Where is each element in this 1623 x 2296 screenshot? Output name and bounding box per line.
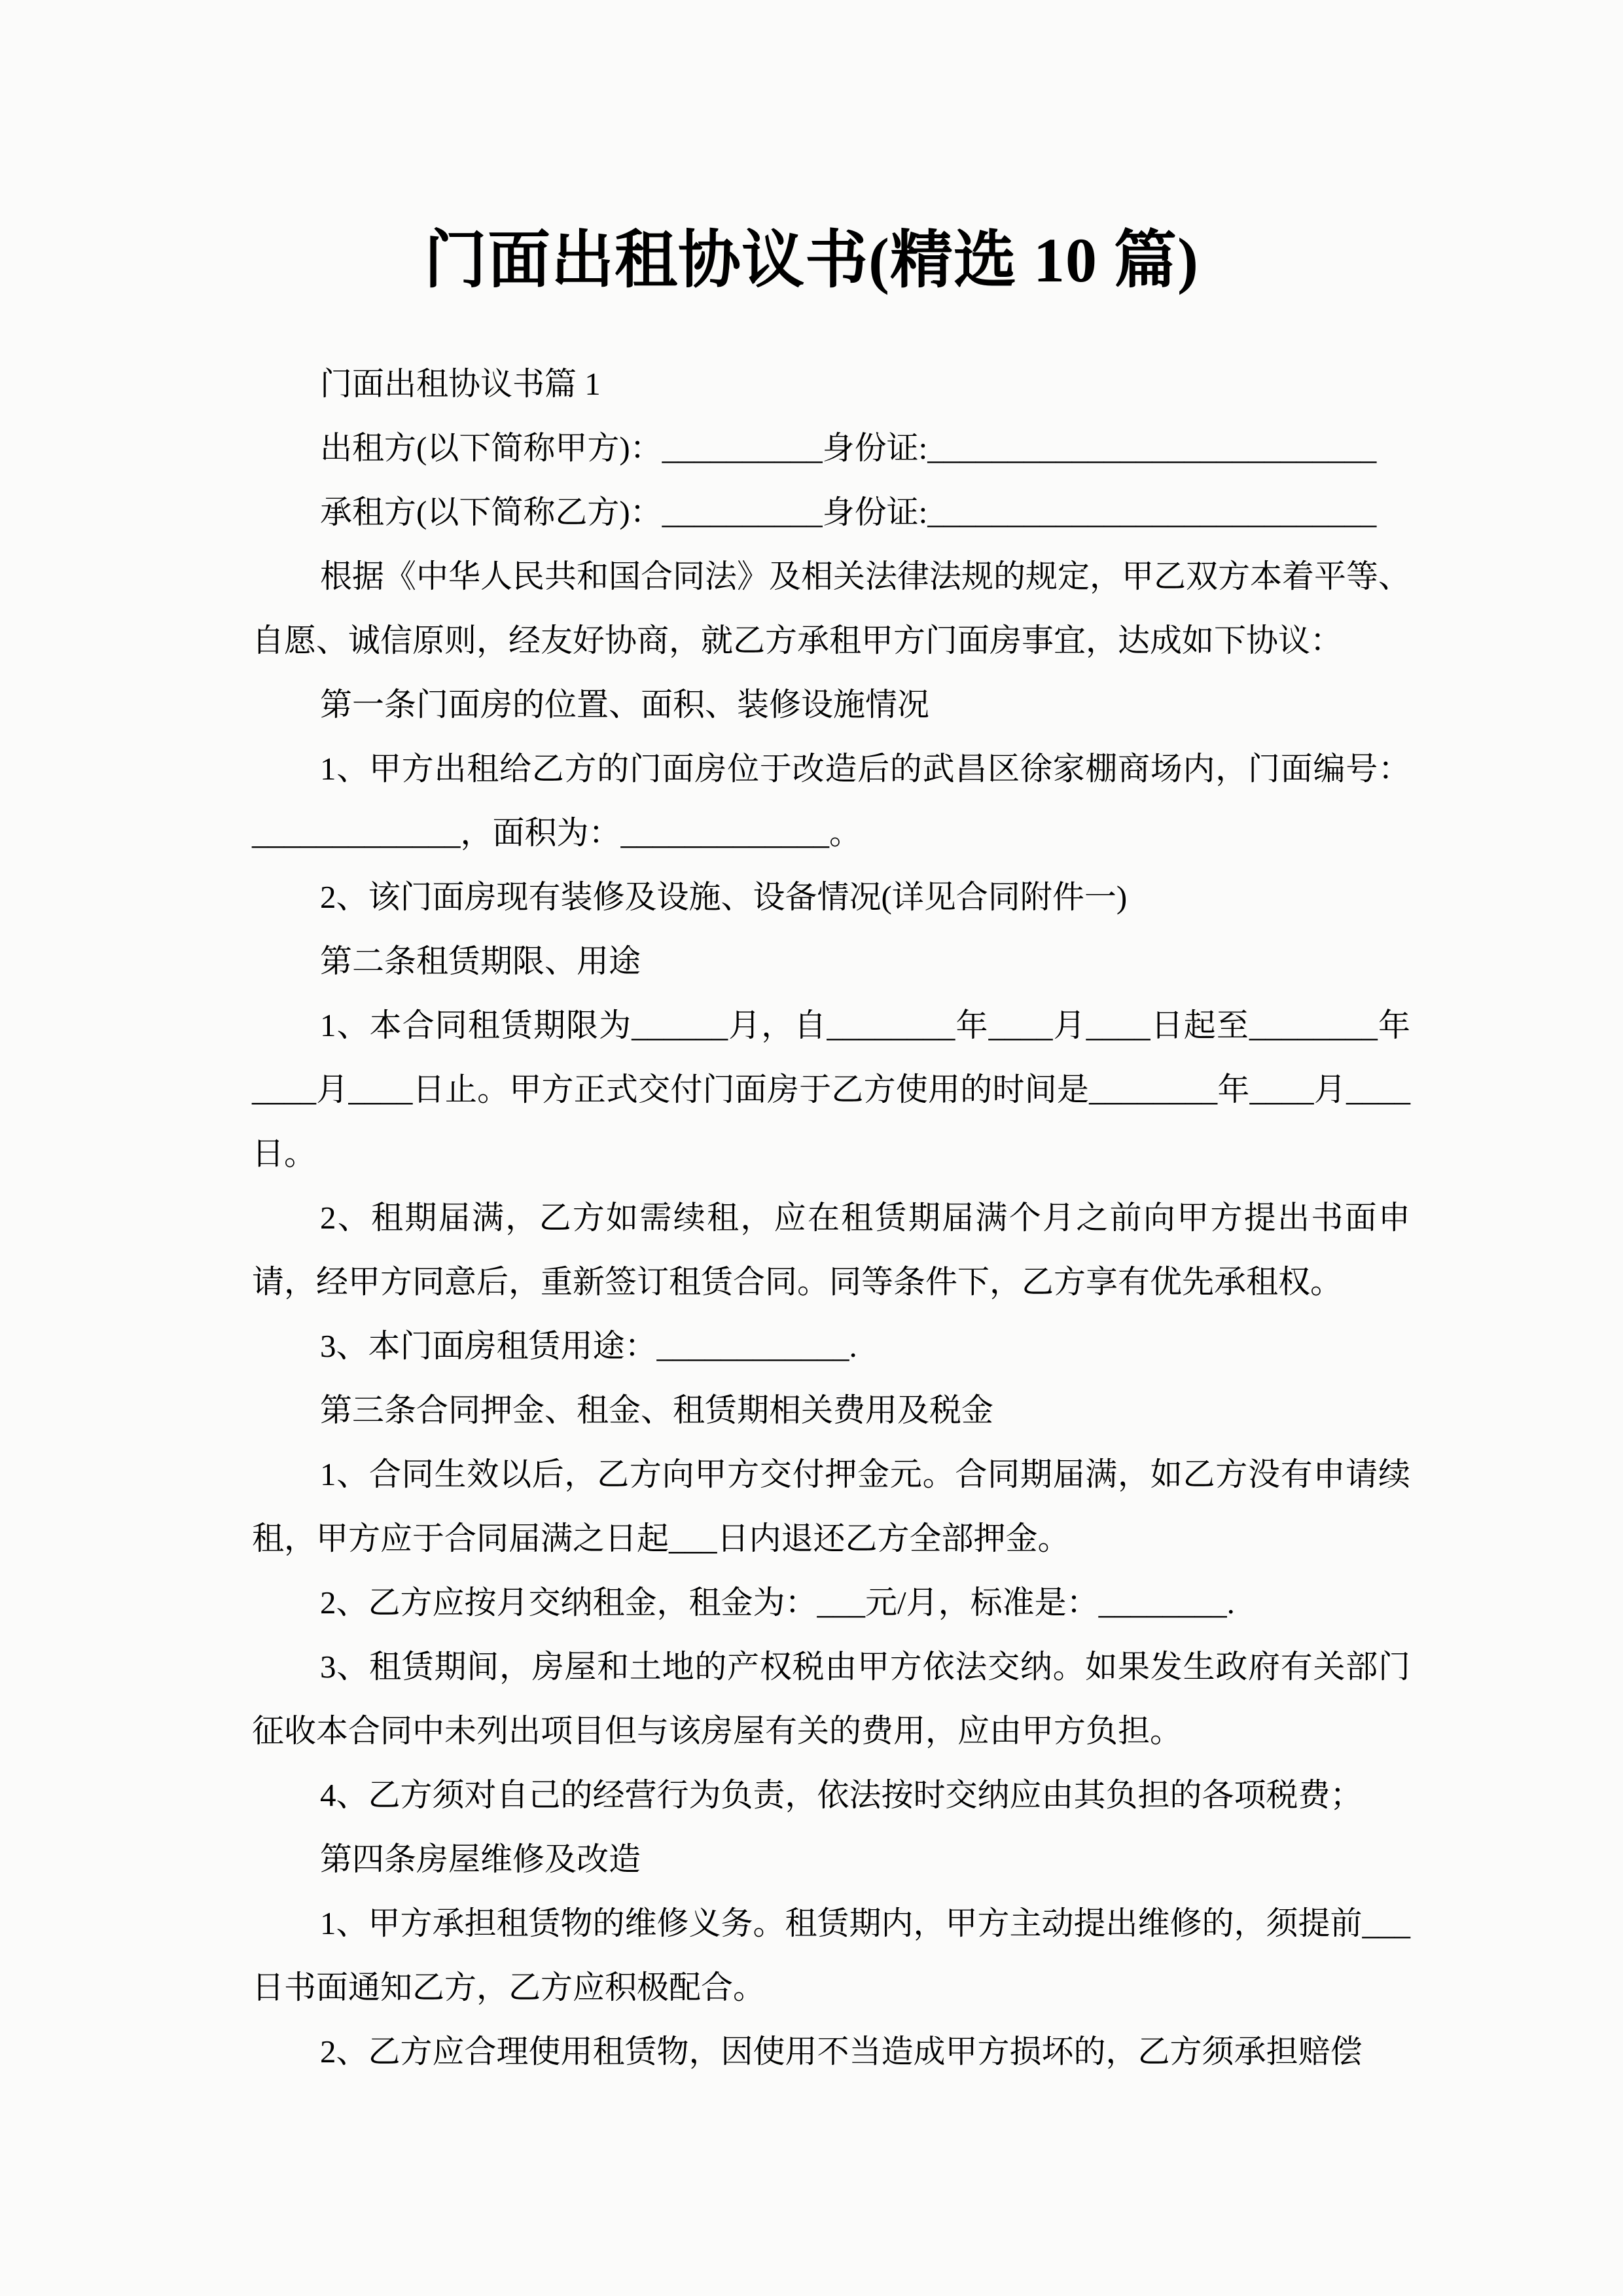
paragraph: 出租方(以下简称甲方)：__________身份证:______________… bbox=[252, 416, 1410, 480]
paragraph: 1、本合同租赁期限为______月，自________年____月____日起至… bbox=[252, 994, 1410, 1186]
paragraph: 第二条租赁期限、用途 bbox=[252, 929, 1410, 994]
paragraph: 2、乙方应按月交纳租金，租金为：___元/月，标准是：________. bbox=[252, 1571, 1410, 1635]
paragraph: 1、甲方承担租赁物的维修义务。租赁期内，甲方主动提出维修的，须提前___日书面通… bbox=[252, 1892, 1410, 2020]
paragraph: 4、乙方须对自己的经营行为负责，依法按时交纳应由其负担的各项税费； bbox=[252, 1763, 1410, 1827]
paragraph: 第三条合同押金、租金、租赁期相关费用及税金 bbox=[252, 1378, 1410, 1443]
paragraph: 承租方(以下简称乙方)：__________身份证:______________… bbox=[252, 480, 1410, 545]
document-title: 门面出租协议书(精选 10 篇) bbox=[0, 0, 1623, 300]
paragraph: 门面出租协议书篇 1 bbox=[252, 352, 1410, 416]
paragraph: 1、甲方出租给乙方的门面房位于改造后的武昌区徐家棚商场内，门面编号：______… bbox=[252, 737, 1410, 865]
paragraph: 第四条房屋维修及改造 bbox=[252, 1827, 1410, 1892]
paragraph: 第一条门面房的位置、面积、装修设施情况 bbox=[252, 673, 1410, 737]
paragraph: 2、该门面房现有装修及设施、设备情况(详见合同附件一) bbox=[252, 865, 1410, 929]
paragraph: 1、合同生效以后，乙方向甲方交付押金元。合同期届满，如乙方没有申请续租，甲方应于… bbox=[252, 1443, 1410, 1571]
document-page: 门面出租协议书(精选 10 篇) 门面出租协议书篇 1 出租方(以下简称甲方)：… bbox=[0, 0, 1623, 2296]
paragraph: 根据《中华人民共和国合同法》及相关法律法规的规定，甲乙双方本着平等、自愿、诚信原… bbox=[252, 545, 1410, 673]
paragraph: 3、租赁期间，房屋和土地的产权税由甲方依法交纳。如果发生政府有关部门征收本合同中… bbox=[252, 1635, 1410, 1763]
document-body: 门面出租协议书篇 1 出租方(以下简称甲方)：__________身份证:___… bbox=[0, 352, 1623, 2084]
paragraph: 2、租期届满，乙方如需续租，应在租赁期届满个月之前向甲方提出书面申请，经甲方同意… bbox=[252, 1186, 1410, 1314]
paragraph: 2、乙方应合理使用租赁物，因使用不当造成甲方损坏的，乙方须承担赔偿 bbox=[252, 2020, 1410, 2084]
paragraph: 3、本门面房租赁用途：____________. bbox=[252, 1314, 1410, 1378]
